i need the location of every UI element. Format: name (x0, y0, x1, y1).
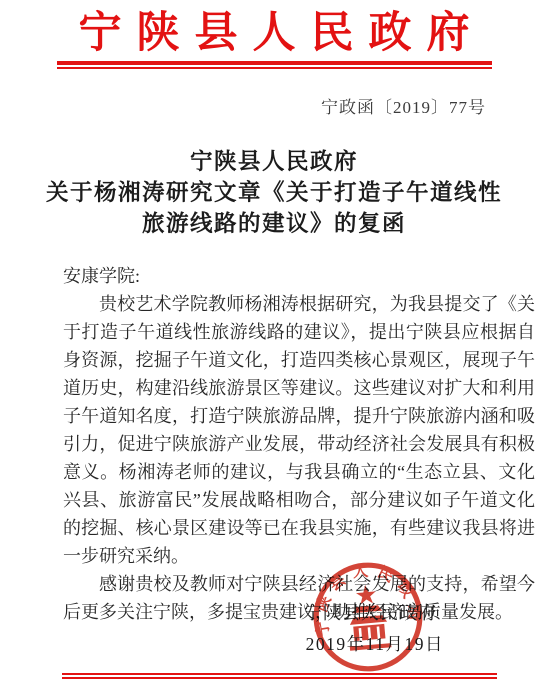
masthead-divider (57, 61, 492, 69)
body-paragraph: 贵校艺术学院教师杨湘涛根据研究，为我县提交了《关于打造子午道线性旅游线路的建议》… (63, 290, 535, 570)
signature-date: 2019年11月19日 (0, 631, 444, 656)
salutation: 安康学院: (63, 262, 535, 290)
document-title-line: 宁陕县人民政府 (0, 146, 548, 177)
document-number: 宁政函〔2019〕77号 (0, 93, 548, 118)
document-title-line: 关于杨湘涛研究文章《关于打造子午道线性 (0, 177, 548, 208)
document-title: 宁陕县人民政府 关于杨湘涛研究文章《关于打造子午道线性 旅游线路的建议》的复函 (0, 146, 548, 239)
document-title-line: 旅游线路的建议》的复函 (0, 208, 548, 239)
letter-body: 安康学院: 贵校艺术学院教师杨湘涛根据研究，为我县提交了《关于打造子午道线性旅游… (63, 262, 535, 626)
official-letter-page: 宁陕县人民政府 宁政函〔2019〕77号 宁陕县人民政府 关于杨湘涛研究文章《关… (0, 0, 548, 684)
signature-org: 宁陕县人民政府 (0, 599, 437, 625)
footer-divider (62, 673, 497, 679)
government-masthead: 宁陕县人民政府 (0, 0, 548, 57)
